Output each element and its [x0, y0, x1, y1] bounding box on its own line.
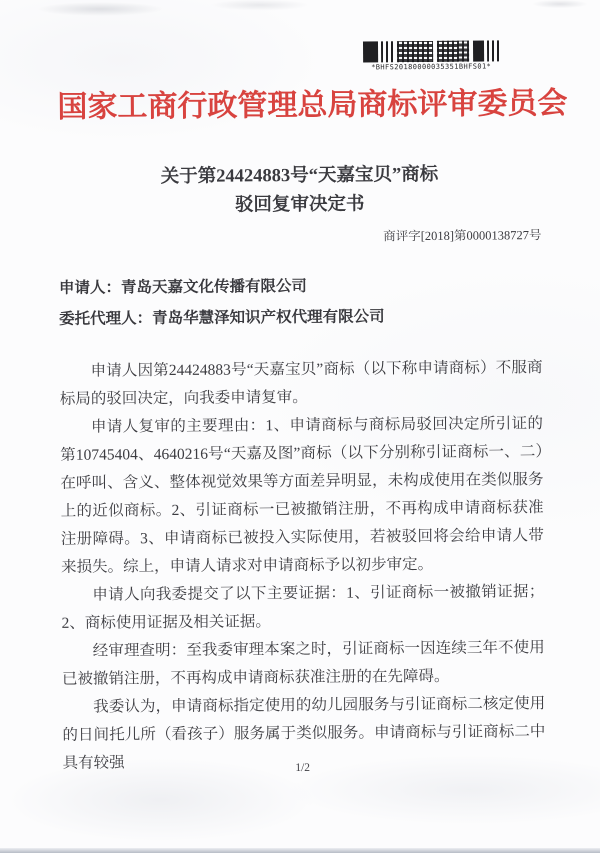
- issuing-authority-title: 国家工商行政管理总局商标评审委员会: [57, 82, 540, 128]
- barcode-caption: *BHFS20180000035351BHFS01*: [351, 62, 511, 71]
- barcode-image: [351, 40, 511, 62]
- parties-block: 申请人：青岛天嘉文化传播有限公司 委托代理人：青岛华慧泽知识产权代理有限公司: [59, 269, 542, 335]
- paragraph-evidence: 申请人向我委提交了以下主要证据：1、引证商标一被撤销证据；2、商标使用证据及相关…: [61, 578, 544, 638]
- decision-body: 申请人因第24424883号“天嘉宝贝”商标（以下称申请商标）不服商标局的驳回决…: [59, 354, 545, 778]
- barcode-segment: [437, 41, 469, 62]
- barcode-segment: [363, 41, 378, 62]
- paragraph-review-reasons: 申请人复审的主要理由：1、申请商标与商标局驳回决定所引证的第10745404、4…: [60, 410, 544, 582]
- barcode-segment: [473, 41, 484, 62]
- barcode-segment: [397, 41, 433, 62]
- barcode-segment: [487, 40, 499, 61]
- paragraph-application: 申请人因第24424883号“天嘉宝贝”商标（以下称申请商标）不服商标局的驳回决…: [59, 354, 542, 414]
- document-title-line1: 关于第24424883号“天嘉宝贝”商标: [58, 160, 541, 193]
- scanned-document-page: *BHFS20180000035351BHFS01* 国家工商行政管理总局商标评…: [0, 0, 600, 853]
- barcode: *BHFS20180000035351BHFS01*: [351, 40, 511, 71]
- agent-line: 委托代理人：青岛华慧泽知识产权代理有限公司: [59, 300, 542, 335]
- applicant-line: 申请人：青岛天嘉文化传播有限公司: [59, 269, 542, 304]
- reference-number: 商评字[2018]第0000138727号: [58, 225, 541, 247]
- paragraph-findings: 经审理查明：至我委审理本案之时，引证商标一因连续三年不使用已被撤销注册，不再构成…: [62, 634, 545, 694]
- barcode-segment: [381, 41, 393, 62]
- document-title: 关于第24424883号“天嘉宝贝”商标 驳回复审决定书: [58, 160, 541, 222]
- document-title-line2: 驳回复审决定书: [58, 189, 541, 222]
- scan-content: *BHFS20180000035351BHFS01* 国家工商行政管理总局商标评…: [0, 0, 600, 853]
